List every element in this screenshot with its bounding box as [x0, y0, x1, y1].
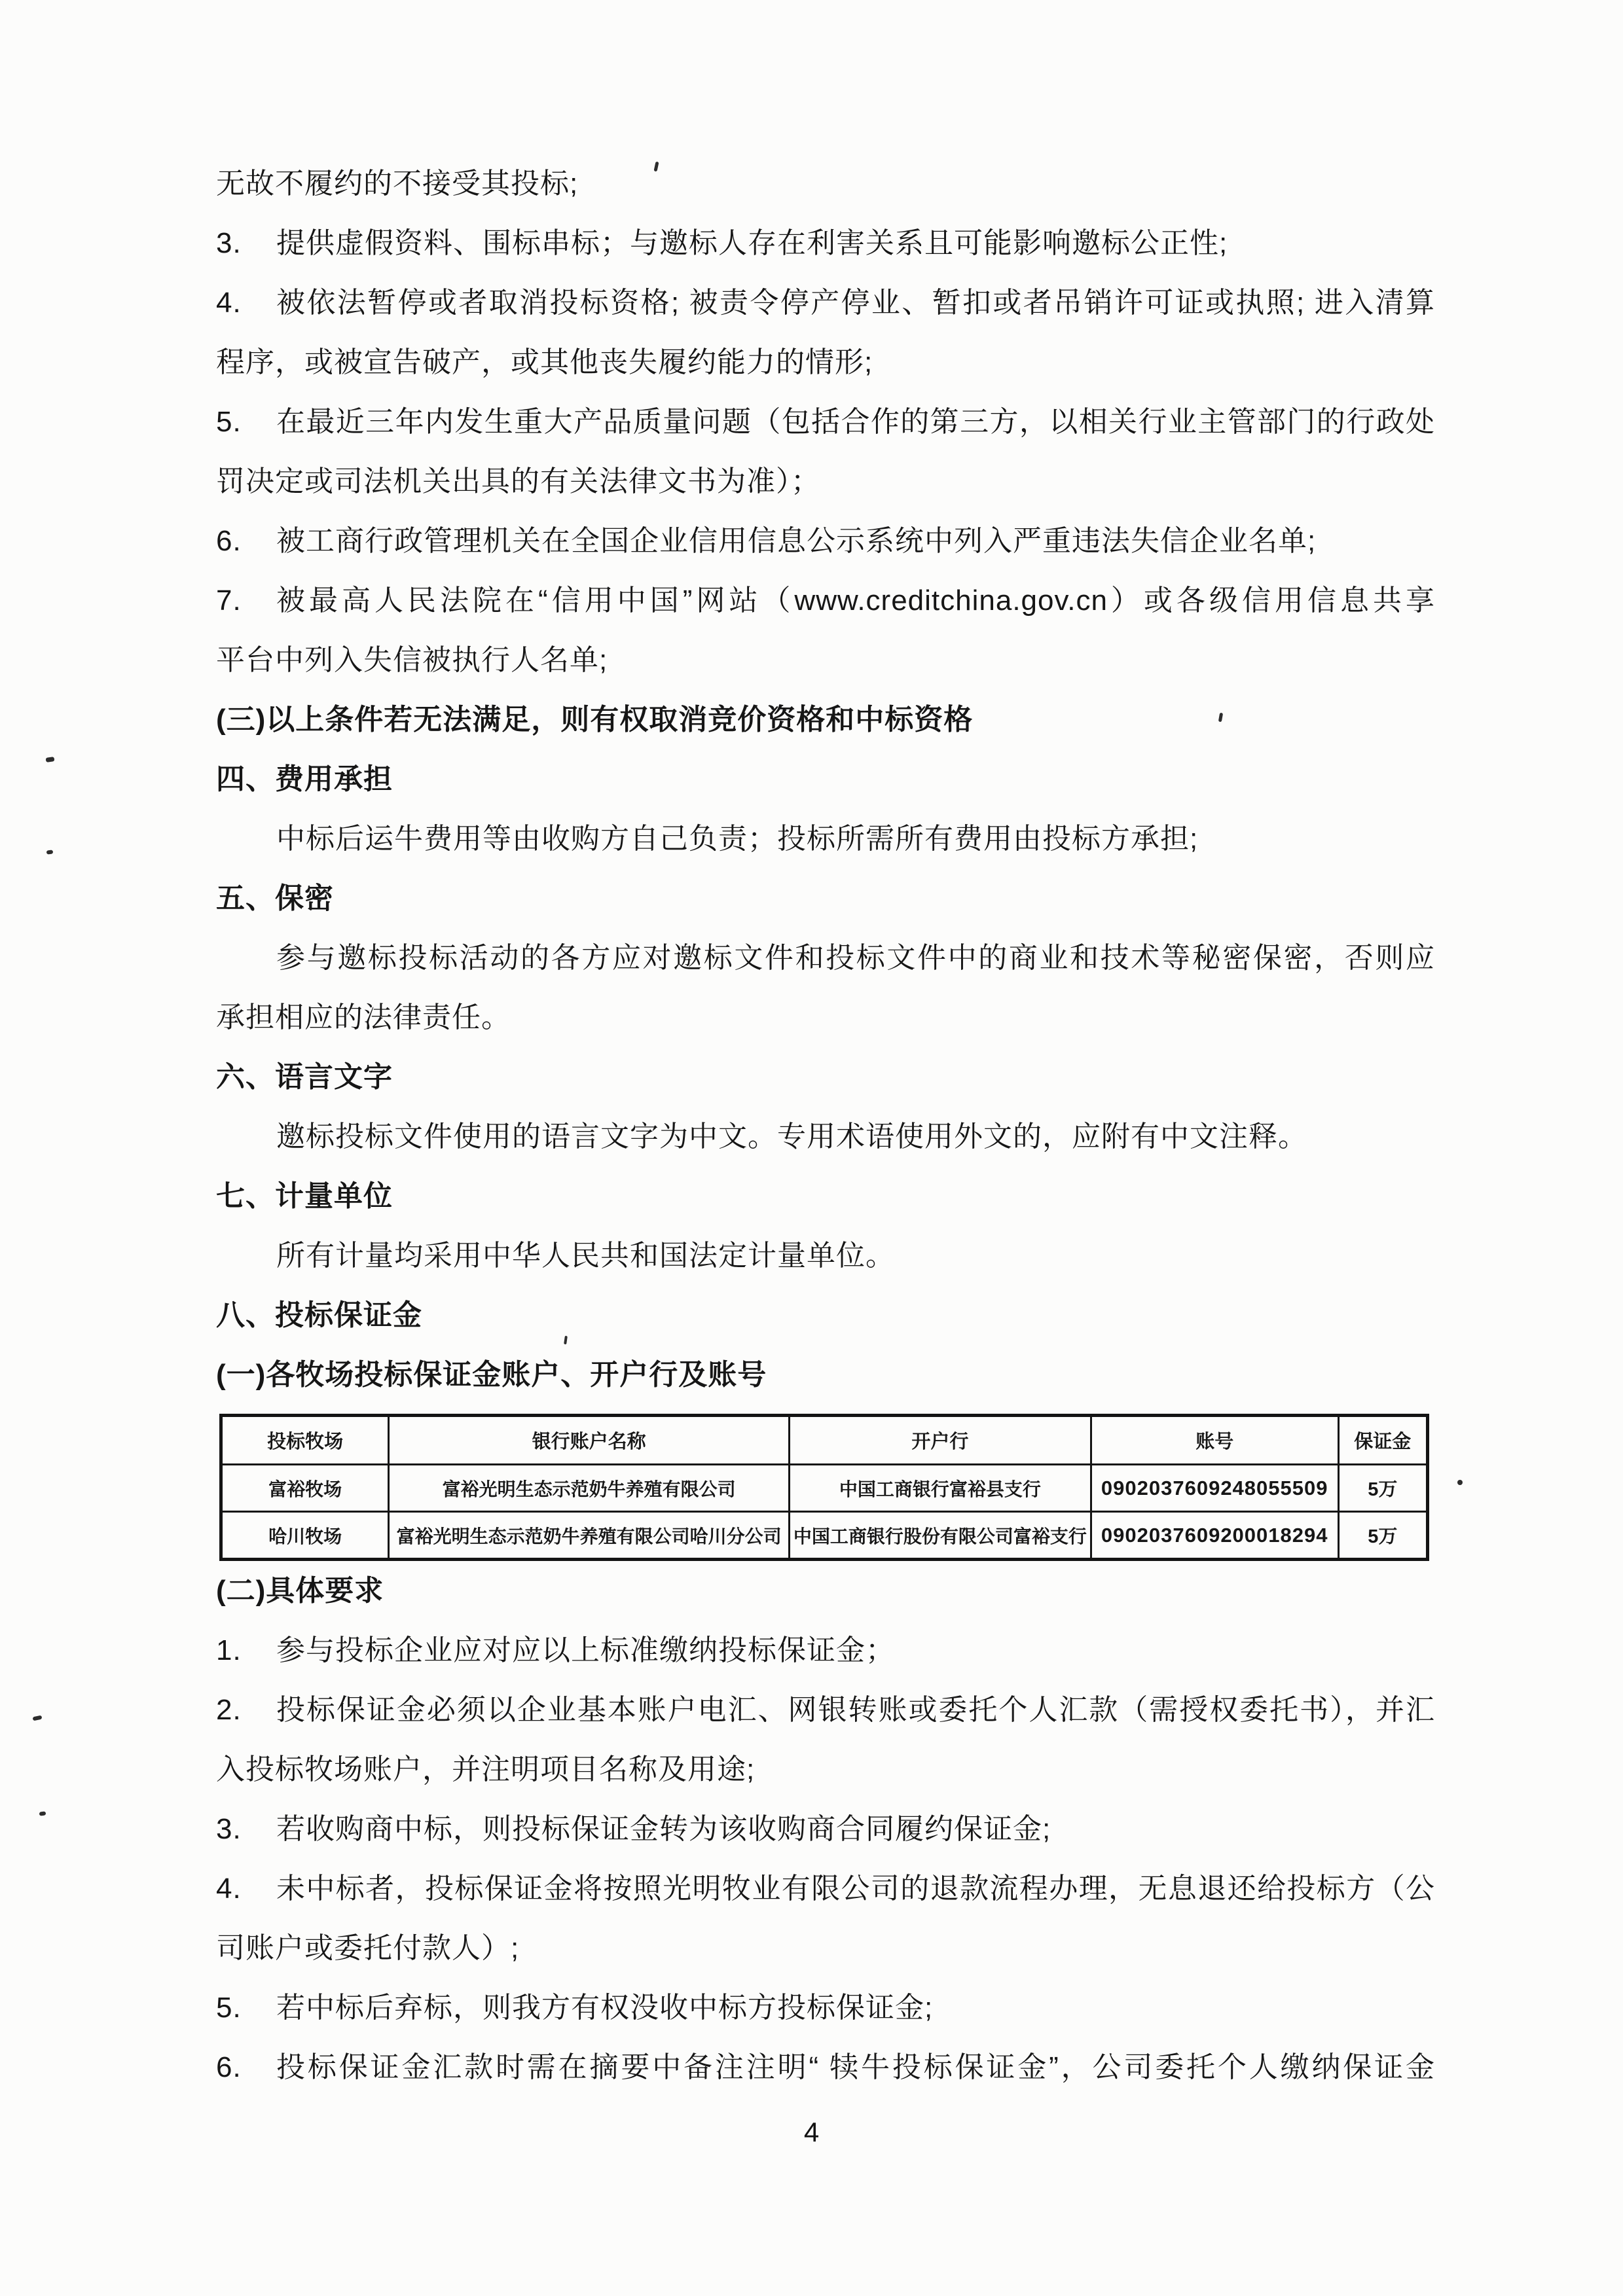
- list-item: 1. 参与投标企业应对应以上标准缴纳投标保证金；: [216, 1621, 1435, 1680]
- list-number: 6.: [216, 511, 276, 571]
- scan-artifact: [1457, 1480, 1463, 1485]
- cell-account-name: 富裕光明生态示范奶牛养殖有限公司: [389, 1465, 790, 1512]
- list-number: 3.: [216, 213, 276, 273]
- cell-bank: 中国工商银行富裕县支行: [790, 1465, 1091, 1512]
- list-number: 7.: [216, 571, 276, 630]
- list-item: 4. 被依法暂停或者取消投标资格; 被责令停产停业、暂扣或者吊销许可证或执照; …: [216, 273, 1435, 332]
- section-heading: 六、语言文字: [216, 1047, 1435, 1107]
- list-number: 3.: [216, 1799, 276, 1859]
- section-heading: 五、保密: [216, 869, 1435, 928]
- list-item: 7. 被最高人民法院在“信用中国”网站（www.creditchina.gov.…: [216, 571, 1435, 630]
- list-number: 5.: [216, 1978, 276, 2037]
- paragraph-line: 无故不履约的不接受其投标;: [216, 154, 1435, 213]
- list-item: 3. 提供虚假资料、围标串标；与邀标人存在利害关系且可能影响邀标公正性;: [216, 213, 1435, 273]
- scan-artifact: [39, 1811, 46, 1816]
- list-number: 2.: [216, 1680, 276, 1740]
- line-text: 投标保证金必须以企业基本账户电汇、网银转账或委托个人汇款（需授权委托书），并汇: [276, 1680, 1435, 1740]
- list-item: 4. 未中标者，投标保证金将按照光明牧业有限公司的退款流程办理，无息退还给投标方…: [216, 1859, 1435, 1918]
- cell-farm: 哈川牧场: [221, 1512, 389, 1560]
- line-text: 若收购商中标，则投标保证金转为该收购商合同履约保证金;: [276, 1799, 1435, 1859]
- list-number: 1.: [216, 1621, 276, 1680]
- col-header-account-name: 银行账户名称: [389, 1416, 790, 1465]
- list-number: 5.: [216, 392, 276, 452]
- line-text: 在最近三年内发生重大产品质量问题（包括合作的第三方，以相关行业主管部门的行政处: [276, 392, 1435, 452]
- col-header-account-no: 账号: [1091, 1416, 1338, 1465]
- page-number: 4: [0, 2113, 1623, 2152]
- list-item: 3. 若收购商中标，则投标保证金转为该收购商合同履约保证金;: [216, 1799, 1435, 1859]
- document-body: 无故不履约的不接受其投标; 3. 提供虚假资料、围标串标；与邀标人存在利害关系且…: [216, 154, 1435, 2097]
- list-number: 4.: [216, 273, 276, 332]
- paragraph-line: 程序，或被宣告破产，或其他丧失履约能力的情形;: [216, 332, 1435, 392]
- line-text: 被最高人民法院在“信用中国”网站（www.creditchina.gov.cn）…: [276, 571, 1435, 630]
- cell-farm: 富裕牧场: [221, 1465, 389, 1512]
- line-text: 投标保证金汇款时需在摘要中备注注明“ 犊牛投标保证金”，公司委托个人缴纳保证金: [276, 2037, 1435, 2097]
- line-text: 被工商行政管理机关在全国企业信用信息公示系统中列入严重违法失信企业名单;: [276, 511, 1435, 571]
- paragraph-line: 参与邀标投标活动的各方应对邀标文件和投标文件中的商业和技术等秘密保密，否则应: [216, 928, 1435, 988]
- table-row: 富裕牧场 富裕光明生态示范奶牛养殖有限公司 中国工商银行富裕县支行 090203…: [221, 1465, 1428, 1512]
- section-heading: (一)各牧场投标保证金账户、开户行及账号: [216, 1345, 1435, 1405]
- cell-account-no: 0902037609200018294: [1091, 1512, 1338, 1560]
- list-item: 6. 被工商行政管理机关在全国企业信用信息公示系统中列入严重违法失信企业名单;: [216, 511, 1435, 571]
- deposit-table: 投标牧场 银行账户名称 开户行 账号 保证金 富裕牧场 富裕光明生态示范奶牛养殖…: [219, 1414, 1429, 1561]
- cell-account-no: 0902037609248055509: [1091, 1465, 1338, 1512]
- paragraph-line: 中标后运牛费用等由收购方自己负责；投标所需所有费用由投标方承担;: [216, 809, 1435, 869]
- paragraph-line: 入投标牧场账户，并注明项目名称及用途;: [216, 1740, 1435, 1799]
- scan-artifact: [33, 1715, 43, 1721]
- line-text: 未中标者，投标保证金将按照光明牧业有限公司的退款流程办理，无息退还给投标方（公: [276, 1859, 1435, 1918]
- paragraph-line: 司账户或委托付款人）;: [216, 1918, 1435, 1978]
- list-number: 6.: [216, 2037, 276, 2097]
- section-heading: 七、计量单位: [216, 1166, 1435, 1226]
- scan-artifact: [46, 850, 54, 854]
- paragraph-line: 罚决定或司法机关出具的有关法律文书为准）；: [216, 452, 1435, 511]
- col-header-bank: 开户行: [790, 1416, 1091, 1465]
- list-item: 5. 若中标后弃标，则我方有权没收中标方投标保证金;: [216, 1978, 1435, 2037]
- scan-artifact: [46, 757, 55, 762]
- col-header-farm: 投标牧场: [221, 1416, 389, 1465]
- paragraph-line: 承担相应的法律责任。: [216, 988, 1435, 1047]
- cell-deposit: 5万: [1338, 1465, 1427, 1512]
- document-page: 无故不履约的不接受其投标; 3. 提供虚假资料、围标串标；与邀标人存在利害关系且…: [0, 0, 1623, 2296]
- line-text: 若中标后弃标，则我方有权没收中标方投标保证金;: [276, 1978, 1435, 2037]
- paragraph-line: 平台中列入失信被执行人名单;: [216, 630, 1435, 690]
- line-text: 被依法暂停或者取消投标资格; 被责令停产停业、暂扣或者吊销许可证或执照; 进入清…: [276, 273, 1435, 332]
- list-item: 2. 投标保证金必须以企业基本账户电汇、网银转账或委托个人汇款（需授权委托书），…: [216, 1680, 1435, 1740]
- col-header-deposit: 保证金: [1338, 1416, 1427, 1465]
- table-row: 哈川牧场 富裕光明生态示范奶牛养殖有限公司哈川分公司 中国工商银行股份有限公司富…: [221, 1512, 1428, 1560]
- list-item: 6. 投标保证金汇款时需在摘要中备注注明“ 犊牛投标保证金”，公司委托个人缴纳保…: [216, 2037, 1435, 2097]
- cell-bank: 中国工商银行股份有限公司富裕支行: [790, 1512, 1091, 1560]
- list-item: 5. 在最近三年内发生重大产品质量问题（包括合作的第三方，以相关行业主管部门的行…: [216, 392, 1435, 452]
- table-header-row: 投标牧场 银行账户名称 开户行 账号 保证金: [221, 1416, 1428, 1465]
- section-heading: 四、费用承担: [216, 749, 1435, 809]
- cell-account-name: 富裕光明生态示范奶牛养殖有限公司哈川分公司: [389, 1512, 790, 1560]
- line-text: 提供虚假资料、围标串标；与邀标人存在利害关系且可能影响邀标公正性;: [276, 213, 1435, 273]
- section-heading: (二)具体要求: [216, 1561, 1435, 1621]
- paragraph-line: 所有计量均采用中华人民共和国法定计量单位。: [216, 1226, 1435, 1285]
- paragraph-line: 邀标投标文件使用的语言文字为中文。专用术语使用外文的，应附有中文注释。: [216, 1107, 1435, 1166]
- list-number: 4.: [216, 1859, 276, 1918]
- cell-deposit: 5万: [1338, 1512, 1427, 1560]
- line-text: 参与投标企业应对应以上标准缴纳投标保证金；: [276, 1621, 1435, 1680]
- section-heading: 八、投标保证金: [216, 1285, 1435, 1345]
- section-heading: (三)以上条件若无法满足，则有权取消竞价资格和中标资格: [216, 690, 1435, 749]
